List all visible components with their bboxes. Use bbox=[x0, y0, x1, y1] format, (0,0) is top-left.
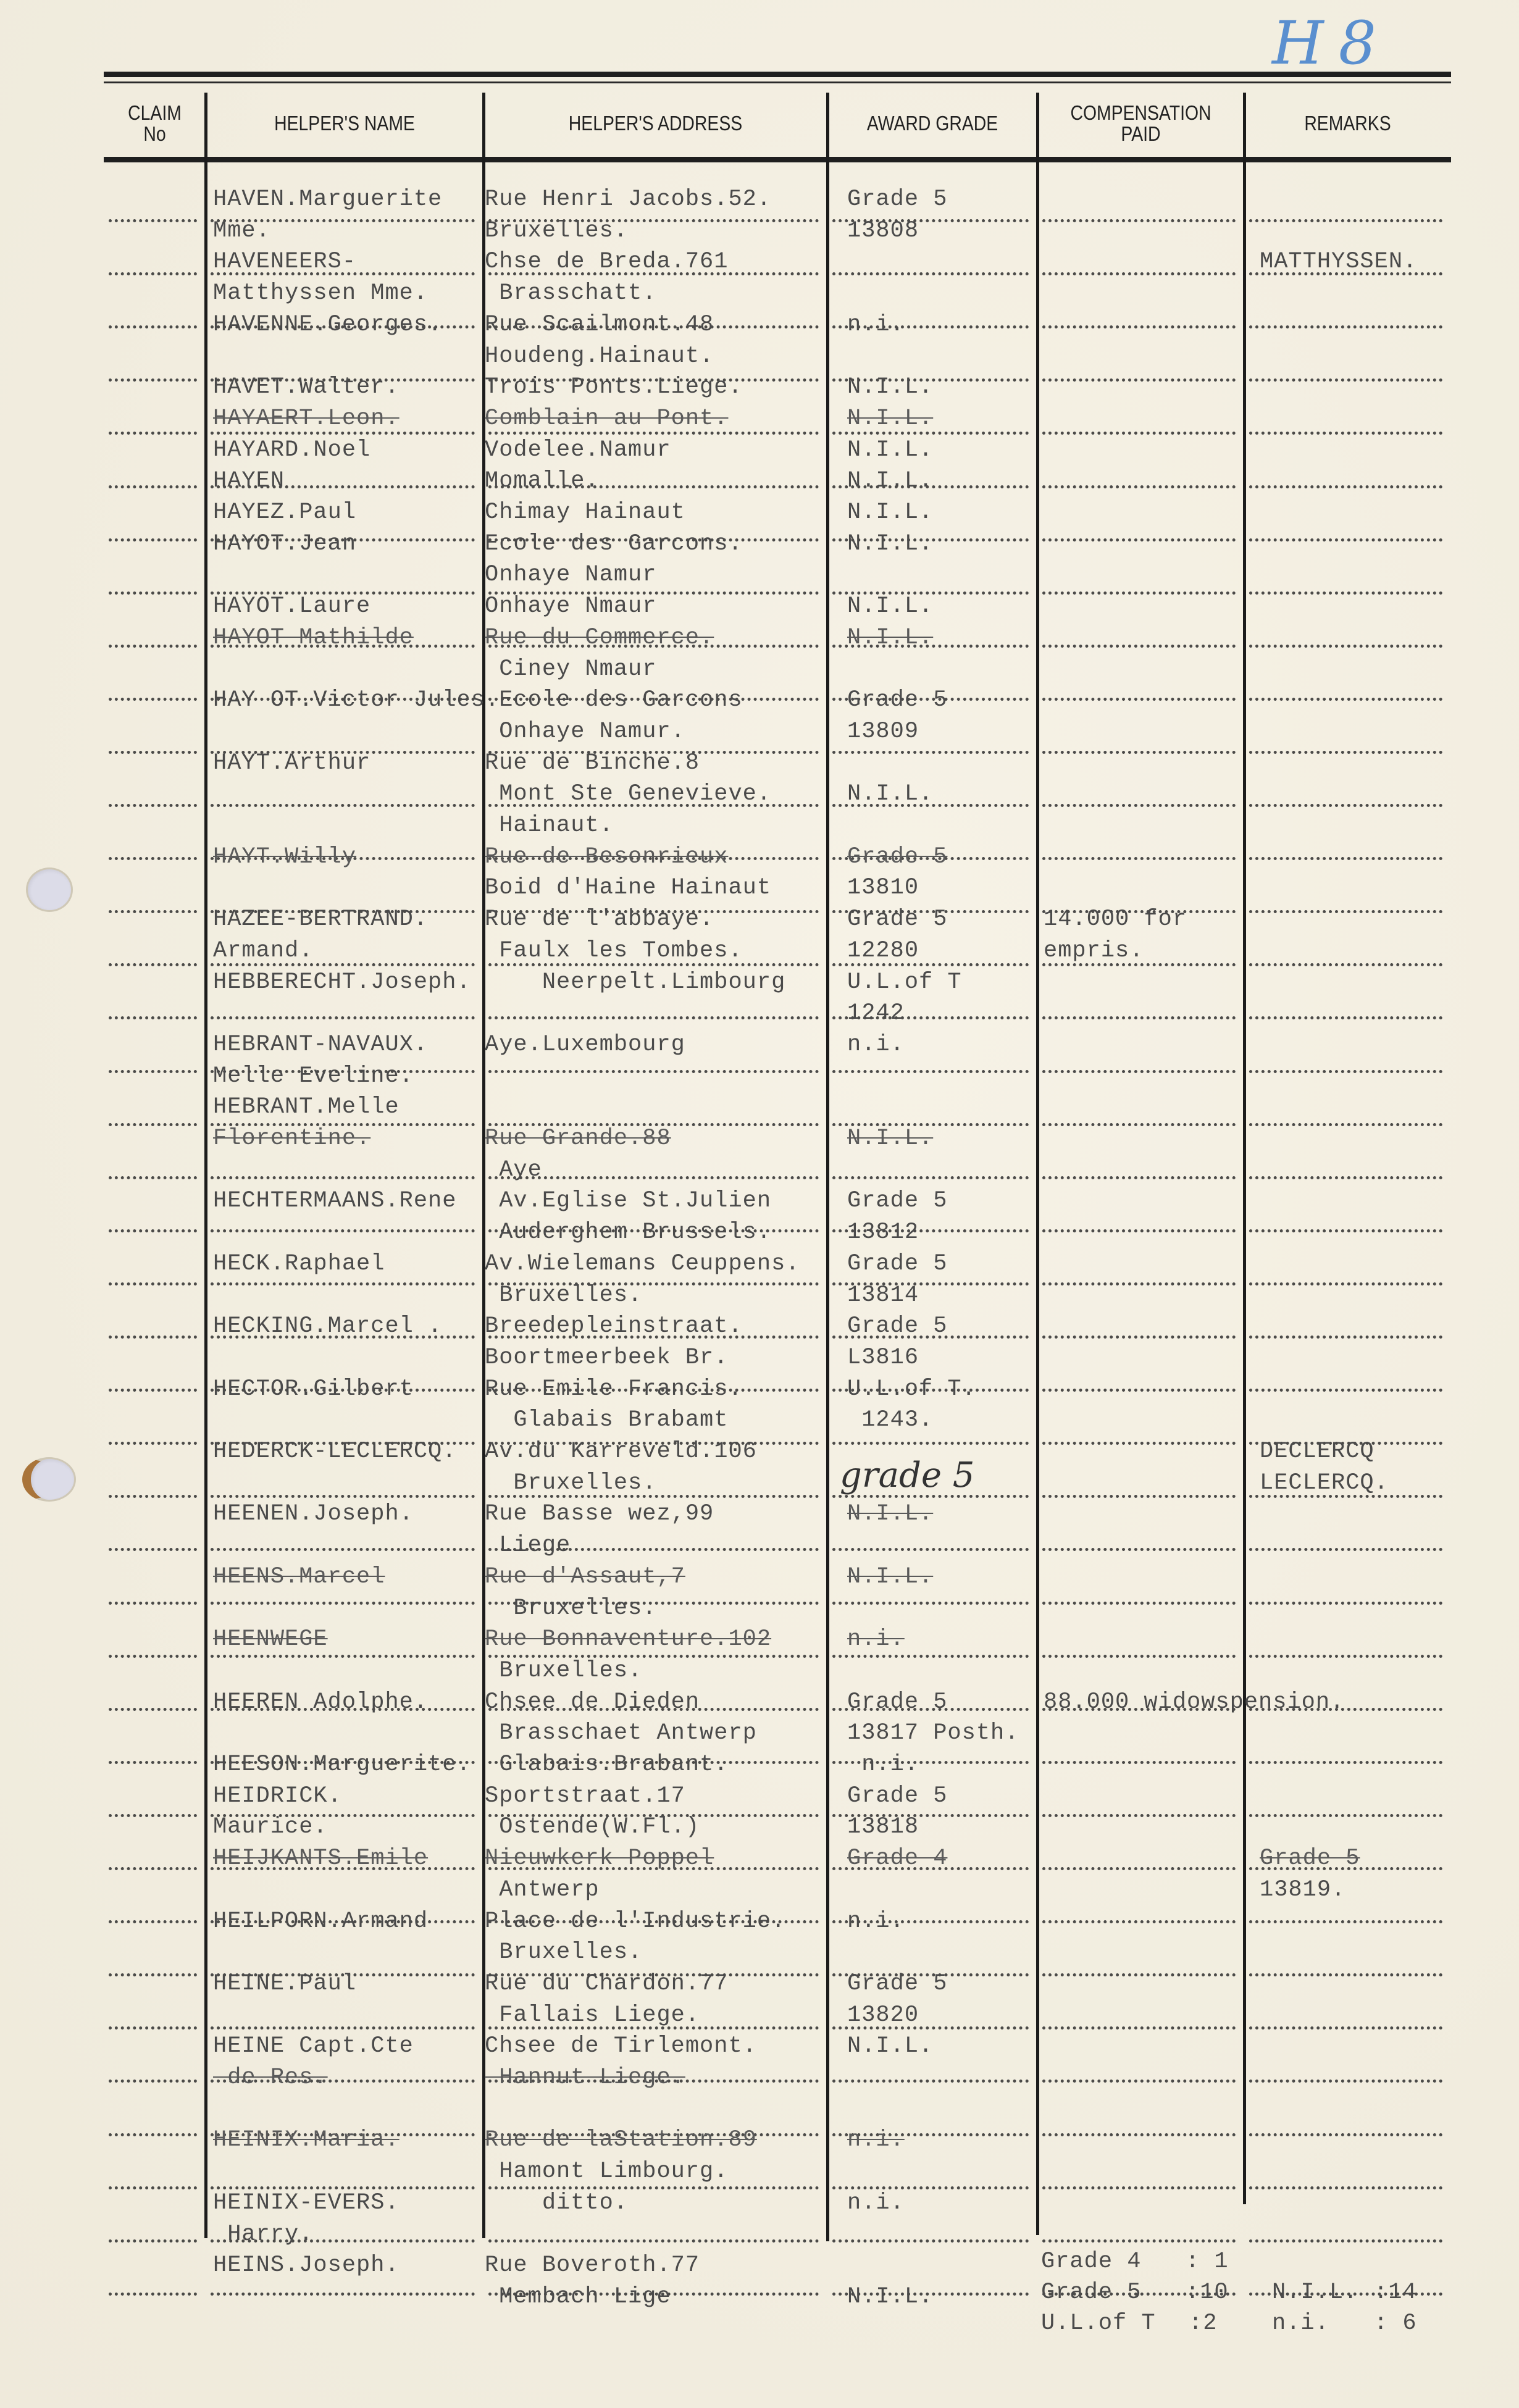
top-rule-thin bbox=[104, 82, 1451, 83]
cell-award: N.I.L. bbox=[847, 1123, 933, 1154]
cell-name: Mme. bbox=[213, 215, 270, 246]
ruled-line bbox=[1042, 1389, 1236, 1392]
ruled-line bbox=[1042, 325, 1236, 328]
cell-address: Neerpelt.Limbourg bbox=[485, 967, 785, 998]
ruled-line bbox=[109, 857, 197, 860]
ruled-line bbox=[1042, 1070, 1236, 1073]
ruled-line bbox=[1249, 963, 1442, 966]
ruled-line bbox=[109, 1389, 197, 1392]
cell-name: HAY OT.Victor Jules. bbox=[213, 685, 500, 716]
cell-award: 13809 bbox=[847, 716, 919, 747]
cell-name: HEBBERECHT.Joseph. bbox=[213, 967, 471, 998]
cell-address: Bruxelles. bbox=[485, 1280, 642, 1311]
ruled-line bbox=[1249, 432, 1442, 435]
ruled-line bbox=[1042, 1761, 1236, 1764]
cell-name: HAYOT.Laure bbox=[213, 591, 370, 622]
ruled-line bbox=[109, 1495, 197, 1498]
ruled-line bbox=[1249, 2080, 1442, 2083]
cell-address: Onhaye Namur bbox=[485, 559, 656, 590]
ruled-line bbox=[1249, 485, 1442, 488]
ruled-line bbox=[1042, 1602, 1236, 1605]
total-award-count: :2 bbox=[1189, 2308, 1217, 2339]
ruled-line bbox=[832, 1495, 1029, 1498]
ruled-line bbox=[1249, 1282, 1442, 1286]
cell-award: 13810 bbox=[847, 872, 919, 903]
ruled-line bbox=[109, 1016, 197, 1019]
cell-name: HAYOT Mathilde bbox=[213, 622, 414, 653]
ruled-line bbox=[488, 1016, 819, 1019]
cell-award: 1242 bbox=[847, 998, 905, 1029]
ruled-line bbox=[1042, 1229, 1236, 1232]
ruled-line bbox=[109, 1176, 197, 1179]
ruled-line bbox=[1249, 1602, 1442, 1605]
cell-address: Rue Basse wez,99 bbox=[485, 1499, 714, 1529]
ruled-line bbox=[1249, 698, 1442, 701]
ruled-line bbox=[1249, 857, 1442, 860]
cell-name: HEBRANT.Melle bbox=[213, 1092, 400, 1122]
cell-name: HECKING.Marcel . bbox=[213, 1311, 442, 1342]
ruled-line bbox=[832, 1176, 1029, 1179]
ruled-line bbox=[211, 1495, 475, 1498]
ruled-line bbox=[109, 645, 197, 648]
cell-name: HEILPORN.Armand bbox=[213, 1906, 428, 1937]
cell-award: 13818 bbox=[847, 1812, 919, 1842]
cell-award: Grade 5 bbox=[847, 1781, 947, 1812]
ruled-line bbox=[109, 1282, 197, 1286]
ruled-line bbox=[1042, 2133, 1236, 2136]
column-header-address: HELPER'S ADDRESS bbox=[508, 93, 803, 154]
ruled-line bbox=[109, 1229, 197, 1232]
cell-name: HAVEN.Marguerite bbox=[213, 184, 442, 215]
cell-address: Chse de Breda.761 bbox=[485, 246, 728, 277]
cell-name: HEIDRICK. bbox=[213, 1781, 342, 1812]
ruled-line bbox=[109, 432, 197, 435]
ruled-line bbox=[1042, 1920, 1236, 1923]
ruled-line bbox=[109, 1442, 197, 1445]
ruled-line bbox=[109, 1123, 197, 1126]
cell-name: HEENWEGE bbox=[213, 1624, 328, 1655]
column-header-claim: CLAIMNo bbox=[111, 93, 199, 154]
ruled-line bbox=[1042, 1495, 1236, 1498]
ruled-line bbox=[832, 272, 1029, 275]
ruled-line bbox=[109, 910, 197, 913]
ruled-line bbox=[211, 1016, 475, 1019]
cell-address: Faulx les Tombes. bbox=[485, 935, 743, 966]
ruled-line bbox=[1042, 1867, 1236, 1870]
cell-name: HEINE.Paul bbox=[213, 1968, 356, 1999]
cell-award: 1243. bbox=[847, 1405, 933, 1436]
total-other-label: n.i. bbox=[1272, 2308, 1329, 2339]
cell-address: Brasschaet Antwerp bbox=[485, 1718, 757, 1749]
cell-address: Bruxelles. bbox=[485, 1937, 642, 1968]
cell-award: Grade 5 bbox=[847, 1248, 947, 1279]
cell-award: n.i. bbox=[847, 1029, 905, 1060]
cell-address: Aye bbox=[485, 1155, 542, 1185]
ruled-line bbox=[109, 2080, 197, 2083]
cell-name: HEBRANT-NAVAUX. bbox=[213, 1029, 428, 1060]
ruled-line bbox=[1249, 645, 1442, 648]
ruled-line bbox=[211, 1282, 475, 1286]
cell-address: Auderghem Brussels. bbox=[485, 1217, 771, 1248]
ruled-line bbox=[109, 325, 197, 328]
ruled-line bbox=[1042, 857, 1236, 860]
cell-remarks: Grade 5 bbox=[1260, 1843, 1360, 1874]
ruled-line bbox=[211, 804, 475, 807]
cell-compensation: empris. bbox=[1044, 935, 1144, 966]
ruled-line bbox=[488, 2239, 819, 2243]
ruled-line bbox=[1249, 325, 1442, 328]
cell-address: Onhaye Namur. bbox=[485, 716, 685, 747]
cell-address: Rue Bonnaventure.102 bbox=[485, 1624, 771, 1655]
ruled-line bbox=[1042, 485, 1236, 488]
cell-address: Rue de laStation.89 bbox=[485, 2125, 757, 2155]
column-divider bbox=[826, 93, 829, 2241]
ruled-line bbox=[109, 485, 197, 488]
cell-award: Grade 5 bbox=[847, 1968, 947, 1999]
cell-name: Maurice. bbox=[213, 1812, 328, 1842]
ruled-line bbox=[1249, 1920, 1442, 1923]
cell-address: Rue Emile Francis. bbox=[485, 1374, 743, 1405]
cell-award: Grade 4 bbox=[847, 1843, 947, 1874]
cell-address: Av.Eglise St.Julien bbox=[485, 1185, 771, 1216]
punch-hole bbox=[26, 867, 73, 912]
ruled-line bbox=[1042, 1814, 1236, 1817]
cell-name: HEESON.Marguerite. bbox=[213, 1749, 471, 1780]
ruled-line bbox=[1042, 2026, 1236, 2030]
cell-address: Vodelee.Namur bbox=[485, 435, 671, 466]
cell-award: N.I.L. bbox=[847, 466, 933, 496]
cell-address: Breedepleinstraat. bbox=[485, 1311, 743, 1342]
cell-name: HAYAERT.Leon. bbox=[213, 403, 400, 434]
cell-name: Florentine. bbox=[213, 1123, 370, 1154]
ruled-line bbox=[832, 1442, 1029, 1445]
cell-award: 13820 bbox=[847, 2000, 919, 2031]
cell-name: Melle Eveline. bbox=[213, 1061, 414, 1092]
cell-name: HAYOT.Jean bbox=[213, 529, 356, 559]
cell-address: Av.du Karreveld.106 bbox=[485, 1436, 757, 1467]
ruled-line bbox=[109, 1973, 197, 1976]
cell-award: U.L.of T. bbox=[847, 1374, 976, 1405]
cell-name: HAYEN bbox=[213, 466, 285, 496]
ruled-line bbox=[1249, 1548, 1442, 1551]
ruled-line bbox=[1042, 751, 1236, 754]
ruled-line bbox=[1249, 2186, 1442, 2189]
ruled-line bbox=[109, 592, 197, 595]
cell-address: Trois Ponts.Liege. bbox=[485, 372, 743, 403]
ruled-line bbox=[1249, 1176, 1442, 1179]
cell-award: n.i. bbox=[847, 1906, 905, 1937]
ruled-line bbox=[109, 698, 197, 701]
cell-address: Ostende(W.Fl.) bbox=[485, 1812, 700, 1842]
cell-award: Grade 5 bbox=[847, 184, 947, 215]
ruled-line bbox=[109, 272, 197, 275]
cell-name: HAYEZ.Paul bbox=[213, 497, 356, 528]
cell-address: Bruxelles. bbox=[485, 215, 628, 246]
cell-name: HAVET.Walter. bbox=[213, 372, 400, 403]
cell-address: Houdeng.Hainaut. bbox=[485, 341, 714, 372]
column-header-name: HELPER'S NAME bbox=[225, 93, 464, 154]
cell-name: HEINIX.Maria. bbox=[213, 2125, 400, 2155]
cell-award: N.I.L. bbox=[847, 435, 933, 466]
cell-name: HAZEE-BERTRAND. bbox=[213, 904, 428, 935]
ruled-line bbox=[832, 751, 1029, 754]
ruled-line bbox=[109, 2293, 197, 2296]
cell-address: Bruxelles. bbox=[485, 1468, 656, 1499]
cell-address: Rue Henri Jacobs.52. bbox=[485, 184, 771, 215]
sheet-mark: H8 bbox=[1272, 9, 1391, 78]
ruled-line bbox=[109, 538, 197, 541]
ruled-line bbox=[211, 2026, 475, 2030]
ruled-line bbox=[1249, 910, 1442, 913]
cell-address: Hainaut. bbox=[485, 810, 614, 841]
cell-award: N.I.L. bbox=[847, 372, 933, 403]
ruled-line bbox=[211, 1602, 475, 1605]
ruled-line bbox=[1249, 1123, 1442, 1126]
cell-address: Chsee de Tirlemont. bbox=[485, 2031, 757, 2062]
cell-award: U.L.of T bbox=[847, 967, 962, 998]
ruled-line bbox=[1042, 1123, 1236, 1126]
ruled-line bbox=[1249, 592, 1442, 595]
total-award-count: : 1 bbox=[1186, 2246, 1229, 2277]
ruled-line bbox=[109, 2186, 197, 2189]
column-divider bbox=[1243, 93, 1246, 2204]
ruled-line bbox=[109, 1655, 197, 1658]
cell-award: N.I.L. bbox=[847, 1499, 933, 1529]
ruled-line bbox=[1042, 219, 1236, 222]
ruled-line bbox=[1249, 751, 1442, 754]
ruled-line bbox=[109, 1814, 197, 1817]
cell-award: Grade 5 bbox=[847, 842, 947, 872]
ruled-line bbox=[1249, 1655, 1442, 1658]
cell-award: 13812 bbox=[847, 1217, 919, 1248]
ruled-line bbox=[1042, 698, 1236, 701]
handwritten-award: grade 5 bbox=[840, 1455, 974, 1495]
cell-address: Ecole des Garcons. bbox=[485, 529, 743, 559]
cell-name: HAYARD.Noel bbox=[213, 435, 370, 466]
cell-address: Rue Scailmont.48 bbox=[485, 309, 714, 340]
cell-award: 13817 Posth. bbox=[847, 1718, 1019, 1749]
cell-award: 13814 bbox=[847, 1280, 919, 1311]
cell-award: N.I.L. bbox=[847, 2281, 933, 2312]
cell-remarks: 13819. bbox=[1260, 1875, 1345, 1905]
cell-award: n.i. bbox=[847, 2125, 905, 2155]
ruled-line bbox=[1249, 804, 1442, 807]
cell-name: Armand. bbox=[213, 935, 313, 966]
ruled-line bbox=[1042, 1336, 1236, 1339]
ruled-line bbox=[211, 1229, 475, 1232]
header-bottom-rule bbox=[104, 157, 1451, 162]
ruled-line bbox=[832, 1602, 1029, 1605]
total-other-count: :14 bbox=[1374, 2277, 1417, 2308]
ruled-line bbox=[1249, 1016, 1442, 1019]
cell-award: N.I.L. bbox=[847, 403, 933, 434]
cell-remarks: LECLERCQ. bbox=[1260, 1468, 1389, 1499]
cell-address: Rue de Besonrieux bbox=[485, 842, 728, 872]
cell-address: Rue Boveroth.77 bbox=[485, 2250, 700, 2281]
ruled-line bbox=[832, 2239, 1029, 2243]
ruled-line bbox=[1042, 1282, 1236, 1286]
cell-address: Momalle. bbox=[485, 466, 600, 496]
cell-name: HEENS.Marcel bbox=[213, 1561, 385, 1592]
ruled-line bbox=[1042, 592, 1236, 595]
cell-award: 12280 bbox=[847, 935, 919, 966]
cell-address: Comblain au Pont. bbox=[485, 403, 728, 434]
cell-address: Membach Lige bbox=[485, 2281, 671, 2312]
ruled-line bbox=[109, 2239, 197, 2243]
cell-address: Onhaye Nmaur bbox=[485, 591, 656, 622]
cell-compensation: 88.000 widowspension. bbox=[1044, 1687, 1344, 1718]
ruled-line bbox=[832, 1655, 1029, 1658]
cell-name: HAYT.Willy bbox=[213, 842, 356, 872]
cell-address: Boortmeerbeek Br. bbox=[485, 1342, 728, 1373]
cell-name: HEENEN.Joseph. bbox=[213, 1499, 414, 1529]
ruled-line bbox=[211, 2293, 475, 2296]
cell-address: Liege bbox=[485, 1530, 571, 1561]
punch-hole-torn bbox=[22, 1457, 76, 1502]
column-divider bbox=[204, 93, 207, 2238]
total-other-label: N.I.L. bbox=[1272, 2277, 1358, 2308]
ruled-line bbox=[1249, 219, 1442, 222]
cell-award: 13808 bbox=[847, 215, 919, 246]
cell-address: Rue de l'abbaye. bbox=[485, 904, 714, 935]
cell-address: ditto. bbox=[485, 2188, 628, 2218]
cell-award: N.I.L. bbox=[847, 529, 933, 559]
ruled-line bbox=[1249, 1973, 1442, 1976]
ruled-line bbox=[1249, 1389, 1442, 1392]
ruled-line bbox=[109, 2026, 197, 2030]
cell-name: HEINIX-EVERS. bbox=[213, 2188, 400, 2218]
ruled-line bbox=[1042, 1442, 1236, 1445]
total-award-label: Grade 4 bbox=[1041, 2246, 1141, 2277]
ruled-line bbox=[211, 1548, 475, 1551]
column-header-remarks: REMARKS bbox=[1258, 93, 1436, 154]
column-header-award: AWARD GRADE bbox=[842, 93, 1023, 154]
total-award-label: Grade 5 bbox=[1041, 2277, 1141, 2308]
ruled-line bbox=[1042, 1016, 1236, 1019]
ruled-line bbox=[832, 1070, 1029, 1073]
top-rule-thick bbox=[104, 72, 1451, 77]
column-header-compensation: COMPENSATIONPAID bbox=[1052, 93, 1229, 154]
ruled-line bbox=[109, 2133, 197, 2136]
ruled-line bbox=[1042, 1655, 1236, 1658]
cell-address: Rue d'Assaut,7 bbox=[485, 1561, 685, 1592]
cell-award: n.i. bbox=[847, 309, 905, 340]
cell-address: Glabais.Brabant. bbox=[485, 1749, 728, 1780]
cell-name: Harry. bbox=[213, 2219, 313, 2250]
cell-award: Grade 5 bbox=[847, 1185, 947, 1216]
cell-award: Grade 5 bbox=[847, 1311, 947, 1342]
cell-name: HEINE Capt.Cte bbox=[213, 2031, 414, 2062]
cell-award: N.I.L. bbox=[847, 2031, 933, 2062]
cell-address: Place de l'Industrie. bbox=[485, 1906, 785, 1937]
cell-remarks: DECLERCQ bbox=[1260, 1436, 1375, 1467]
cell-name: HAVENNE.Georges. bbox=[213, 309, 442, 340]
ruled-line bbox=[1042, 1176, 1236, 1179]
ruled-line bbox=[109, 1602, 197, 1605]
ruled-line bbox=[1249, 1814, 1442, 1817]
ruled-line bbox=[1042, 272, 1236, 275]
ruled-line bbox=[109, 1761, 197, 1764]
ruled-line bbox=[1249, 2239, 1442, 2243]
ruled-line bbox=[109, 378, 197, 382]
ruled-line bbox=[109, 751, 197, 754]
cell-award: n.i. bbox=[847, 1749, 919, 1780]
ruled-line bbox=[1249, 2133, 1442, 2136]
cell-address: Mont Ste Genevieve. bbox=[485, 779, 771, 809]
cell-address: Hannut Liege. bbox=[485, 2062, 685, 2093]
ruled-line bbox=[832, 1548, 1029, 1551]
cell-address: Antwerp bbox=[485, 1875, 600, 1905]
ruled-line bbox=[109, 1920, 197, 1923]
cell-address: Boid d'Haine Hainaut bbox=[485, 872, 771, 903]
total-award-label: U.L.of T bbox=[1041, 2308, 1156, 2339]
ruled-line bbox=[1249, 1070, 1442, 1073]
ruled-line bbox=[1042, 2080, 1236, 2083]
cell-address: Av.Wielemans Ceuppens. bbox=[485, 1248, 800, 1279]
ruled-line bbox=[1249, 1761, 1442, 1764]
ruled-line bbox=[109, 1548, 197, 1551]
cell-address: Hamont Limbourg. bbox=[485, 2156, 728, 2187]
ruled-line bbox=[1042, 432, 1236, 435]
ruled-line bbox=[1042, 2186, 1236, 2189]
cell-award: N.I.L. bbox=[847, 622, 933, 653]
cell-award: N.I.L. bbox=[847, 1561, 933, 1592]
cell-address: Rue de Binche.8 bbox=[485, 748, 700, 779]
cell-address: Rue du Chardon.77 bbox=[485, 1968, 728, 1999]
cell-award: N.I.L. bbox=[847, 779, 933, 809]
cell-address: Chimay Hainaut bbox=[485, 497, 685, 528]
ruled-line bbox=[211, 1176, 475, 1179]
ruled-line bbox=[832, 2080, 1029, 2083]
ruled-line bbox=[109, 963, 197, 966]
ruled-line bbox=[109, 1867, 197, 1870]
cell-address: Nieuwkerk Poppel bbox=[485, 1843, 714, 1874]
cell-remarks: MATTHYSSEN. bbox=[1260, 246, 1417, 277]
total-other-count: : 6 bbox=[1374, 2308, 1417, 2339]
cell-address: Aye.Luxembourg bbox=[485, 1029, 685, 1060]
cell-compensation: 14.000 for bbox=[1044, 904, 1187, 935]
cell-award: Grade 5 bbox=[847, 1687, 947, 1718]
cell-award: n.i. bbox=[847, 2188, 905, 2218]
cell-name: HECK.Raphael bbox=[213, 1248, 385, 1279]
cell-name: HAYT.Arthur bbox=[213, 748, 370, 779]
ruled-line bbox=[109, 219, 197, 222]
ruled-line bbox=[488, 1070, 819, 1073]
cell-address: Brasschatt. bbox=[485, 278, 656, 309]
cell-address: Rue du Commerce. bbox=[485, 622, 714, 653]
cell-address: Ciney Nmaur bbox=[485, 654, 656, 685]
cell-award: L3816 bbox=[847, 1342, 919, 1373]
cell-name: HEDERCK-LECLERCQ. bbox=[213, 1436, 456, 1467]
cell-address: Ecole des Garcons bbox=[485, 685, 743, 716]
cell-name: HECTOR.Gilbert bbox=[213, 1374, 414, 1405]
ruled-line bbox=[109, 1336, 197, 1339]
cell-award: n.i. bbox=[847, 1624, 905, 1655]
ruled-line bbox=[1249, 538, 1442, 541]
column-divider bbox=[1036, 93, 1039, 2235]
ruled-line bbox=[1042, 378, 1236, 382]
cell-award: N.I.L. bbox=[847, 591, 933, 622]
cell-name: Matthyssen Mme. bbox=[213, 278, 428, 309]
ruled-line bbox=[1249, 378, 1442, 382]
ruled-line bbox=[1042, 1548, 1236, 1551]
ruled-line bbox=[1042, 645, 1236, 648]
cell-award: Grade 5 bbox=[847, 904, 947, 935]
ruled-line bbox=[1249, 1229, 1442, 1232]
cell-name: de Res. bbox=[213, 2062, 328, 2093]
cell-name: HEEREN Adolphe. bbox=[213, 1687, 428, 1718]
cell-name: HEINS.Joseph. bbox=[213, 2250, 400, 2281]
